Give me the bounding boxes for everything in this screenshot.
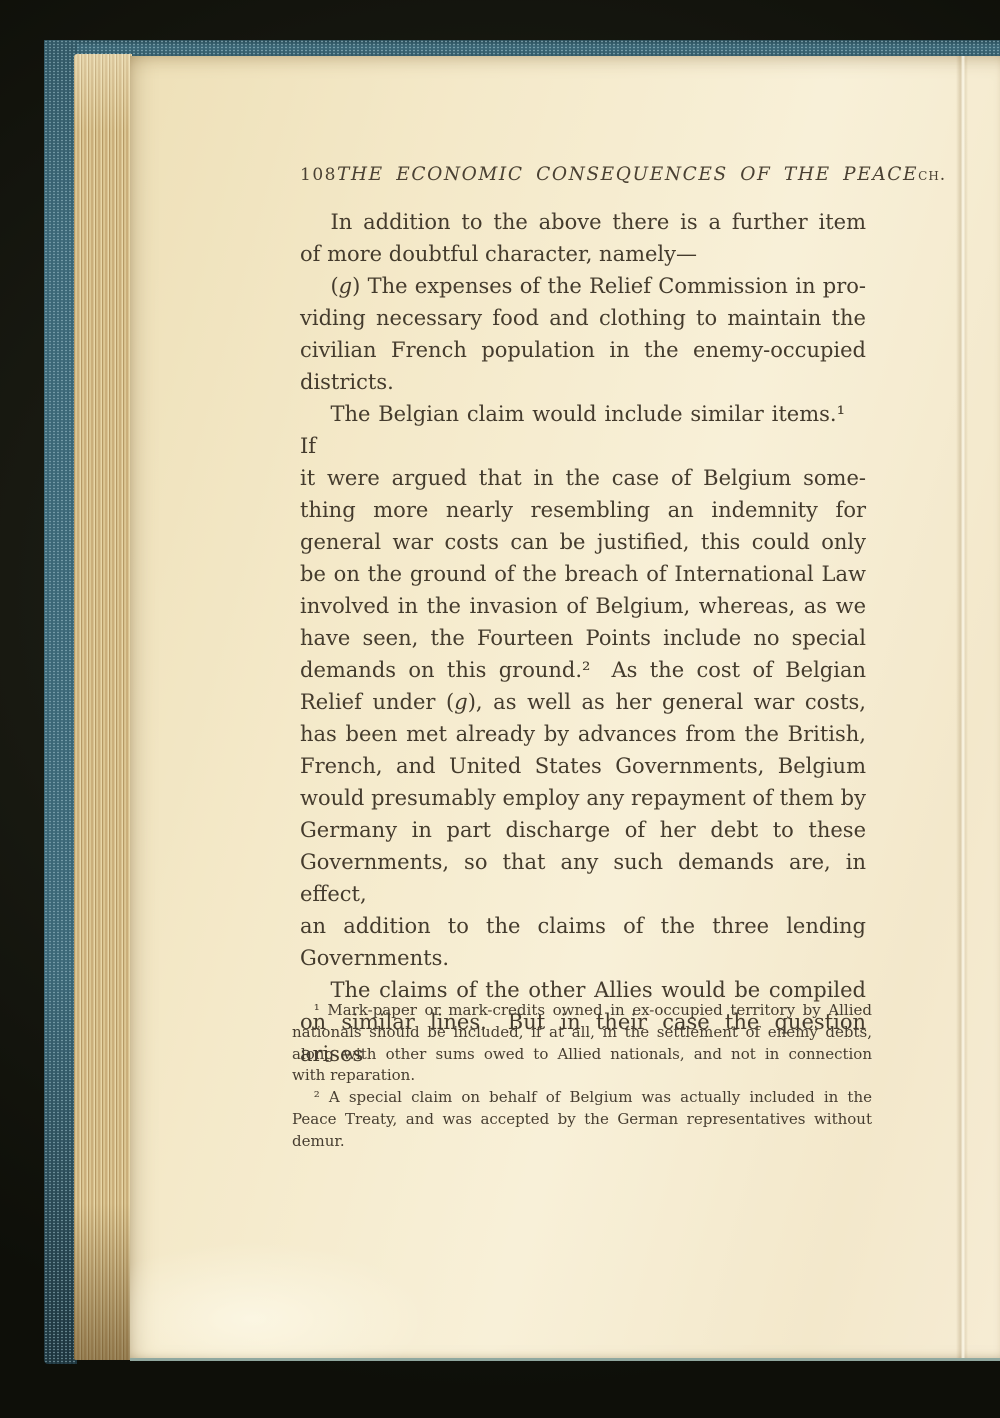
text-line: thing more nearly resembling an indemnit… (300, 494, 866, 526)
photo-background: 108 THE ECONOMIC CONSEQUENCES OF THE PEA… (0, 0, 1000, 1418)
text-line: along with other sums owed to Allied nat… (292, 1044, 872, 1066)
book-cover-edge-left (44, 40, 77, 1364)
text-line: of more doubtful character, namely— (300, 238, 866, 270)
text-line: (g) The expenses of the Relief Commissio… (300, 270, 866, 302)
page-gutter-crease (956, 56, 968, 1358)
page-edges-stack (74, 54, 132, 1360)
page-number: 108 (300, 165, 337, 185)
text-line: viding necessary food and clothing to ma… (300, 302, 866, 334)
text-line: French, and United States Governments, B… (300, 750, 866, 782)
text-line: The Belgian claim would include similar … (300, 398, 866, 462)
text-line: involved in the invasion of Belgium, whe… (300, 590, 866, 622)
text-line: nationals should be included, if at all,… (292, 1022, 872, 1044)
text-line: Governments. (300, 942, 866, 974)
text-line: ¹ Mark-paper or mark-credits owned in ex… (292, 1000, 872, 1022)
text-line: with reparation. (292, 1065, 872, 1087)
text-line: has been met already by advances from th… (300, 718, 866, 750)
body-text: In addition to the above there is a furt… (300, 206, 866, 1070)
text-line: demur. (292, 1131, 872, 1153)
book-page: 108 THE ECONOMIC CONSEQUENCES OF THE PEA… (130, 56, 1000, 1361)
running-header: 108 THE ECONOMIC CONSEQUENCES OF THE PEA… (300, 164, 866, 185)
text-line: general war costs can be justified, this… (300, 526, 866, 558)
running-title: THE ECONOMIC CONSEQUENCES OF THE PEACE (337, 164, 918, 185)
text-line: be on the ground of the breach of Intern… (300, 558, 866, 590)
text-line: civilian French population in the enemy-… (300, 334, 866, 366)
text-line: Peace Treaty, and was accepted by the Ge… (292, 1109, 872, 1131)
text-line: Germany in part discharge of her debt to… (300, 814, 866, 846)
text-line: Governments, so that any such demands ar… (300, 846, 866, 910)
text-line: districts. (300, 366, 866, 398)
text-line: an addition to the claims of the three l… (300, 910, 866, 942)
text-line: have seen, the Fourteen Points include n… (300, 622, 866, 654)
text-line: would presumably employ any repayment of… (300, 782, 866, 814)
text-line: In addition to the above there is a furt… (300, 206, 866, 238)
text-line: it were argued that in the case of Belgi… (300, 462, 866, 494)
text-line: ² A special claim on behalf of Belgium w… (292, 1087, 872, 1109)
text-line: Relief under (g), as well as her general… (300, 686, 866, 718)
chapter-label: ch. (918, 165, 946, 185)
footnotes: ¹ Mark-paper or mark-credits owned in ex… (292, 1000, 872, 1153)
text-line: demands on this ground.² As the cost of … (300, 654, 866, 686)
